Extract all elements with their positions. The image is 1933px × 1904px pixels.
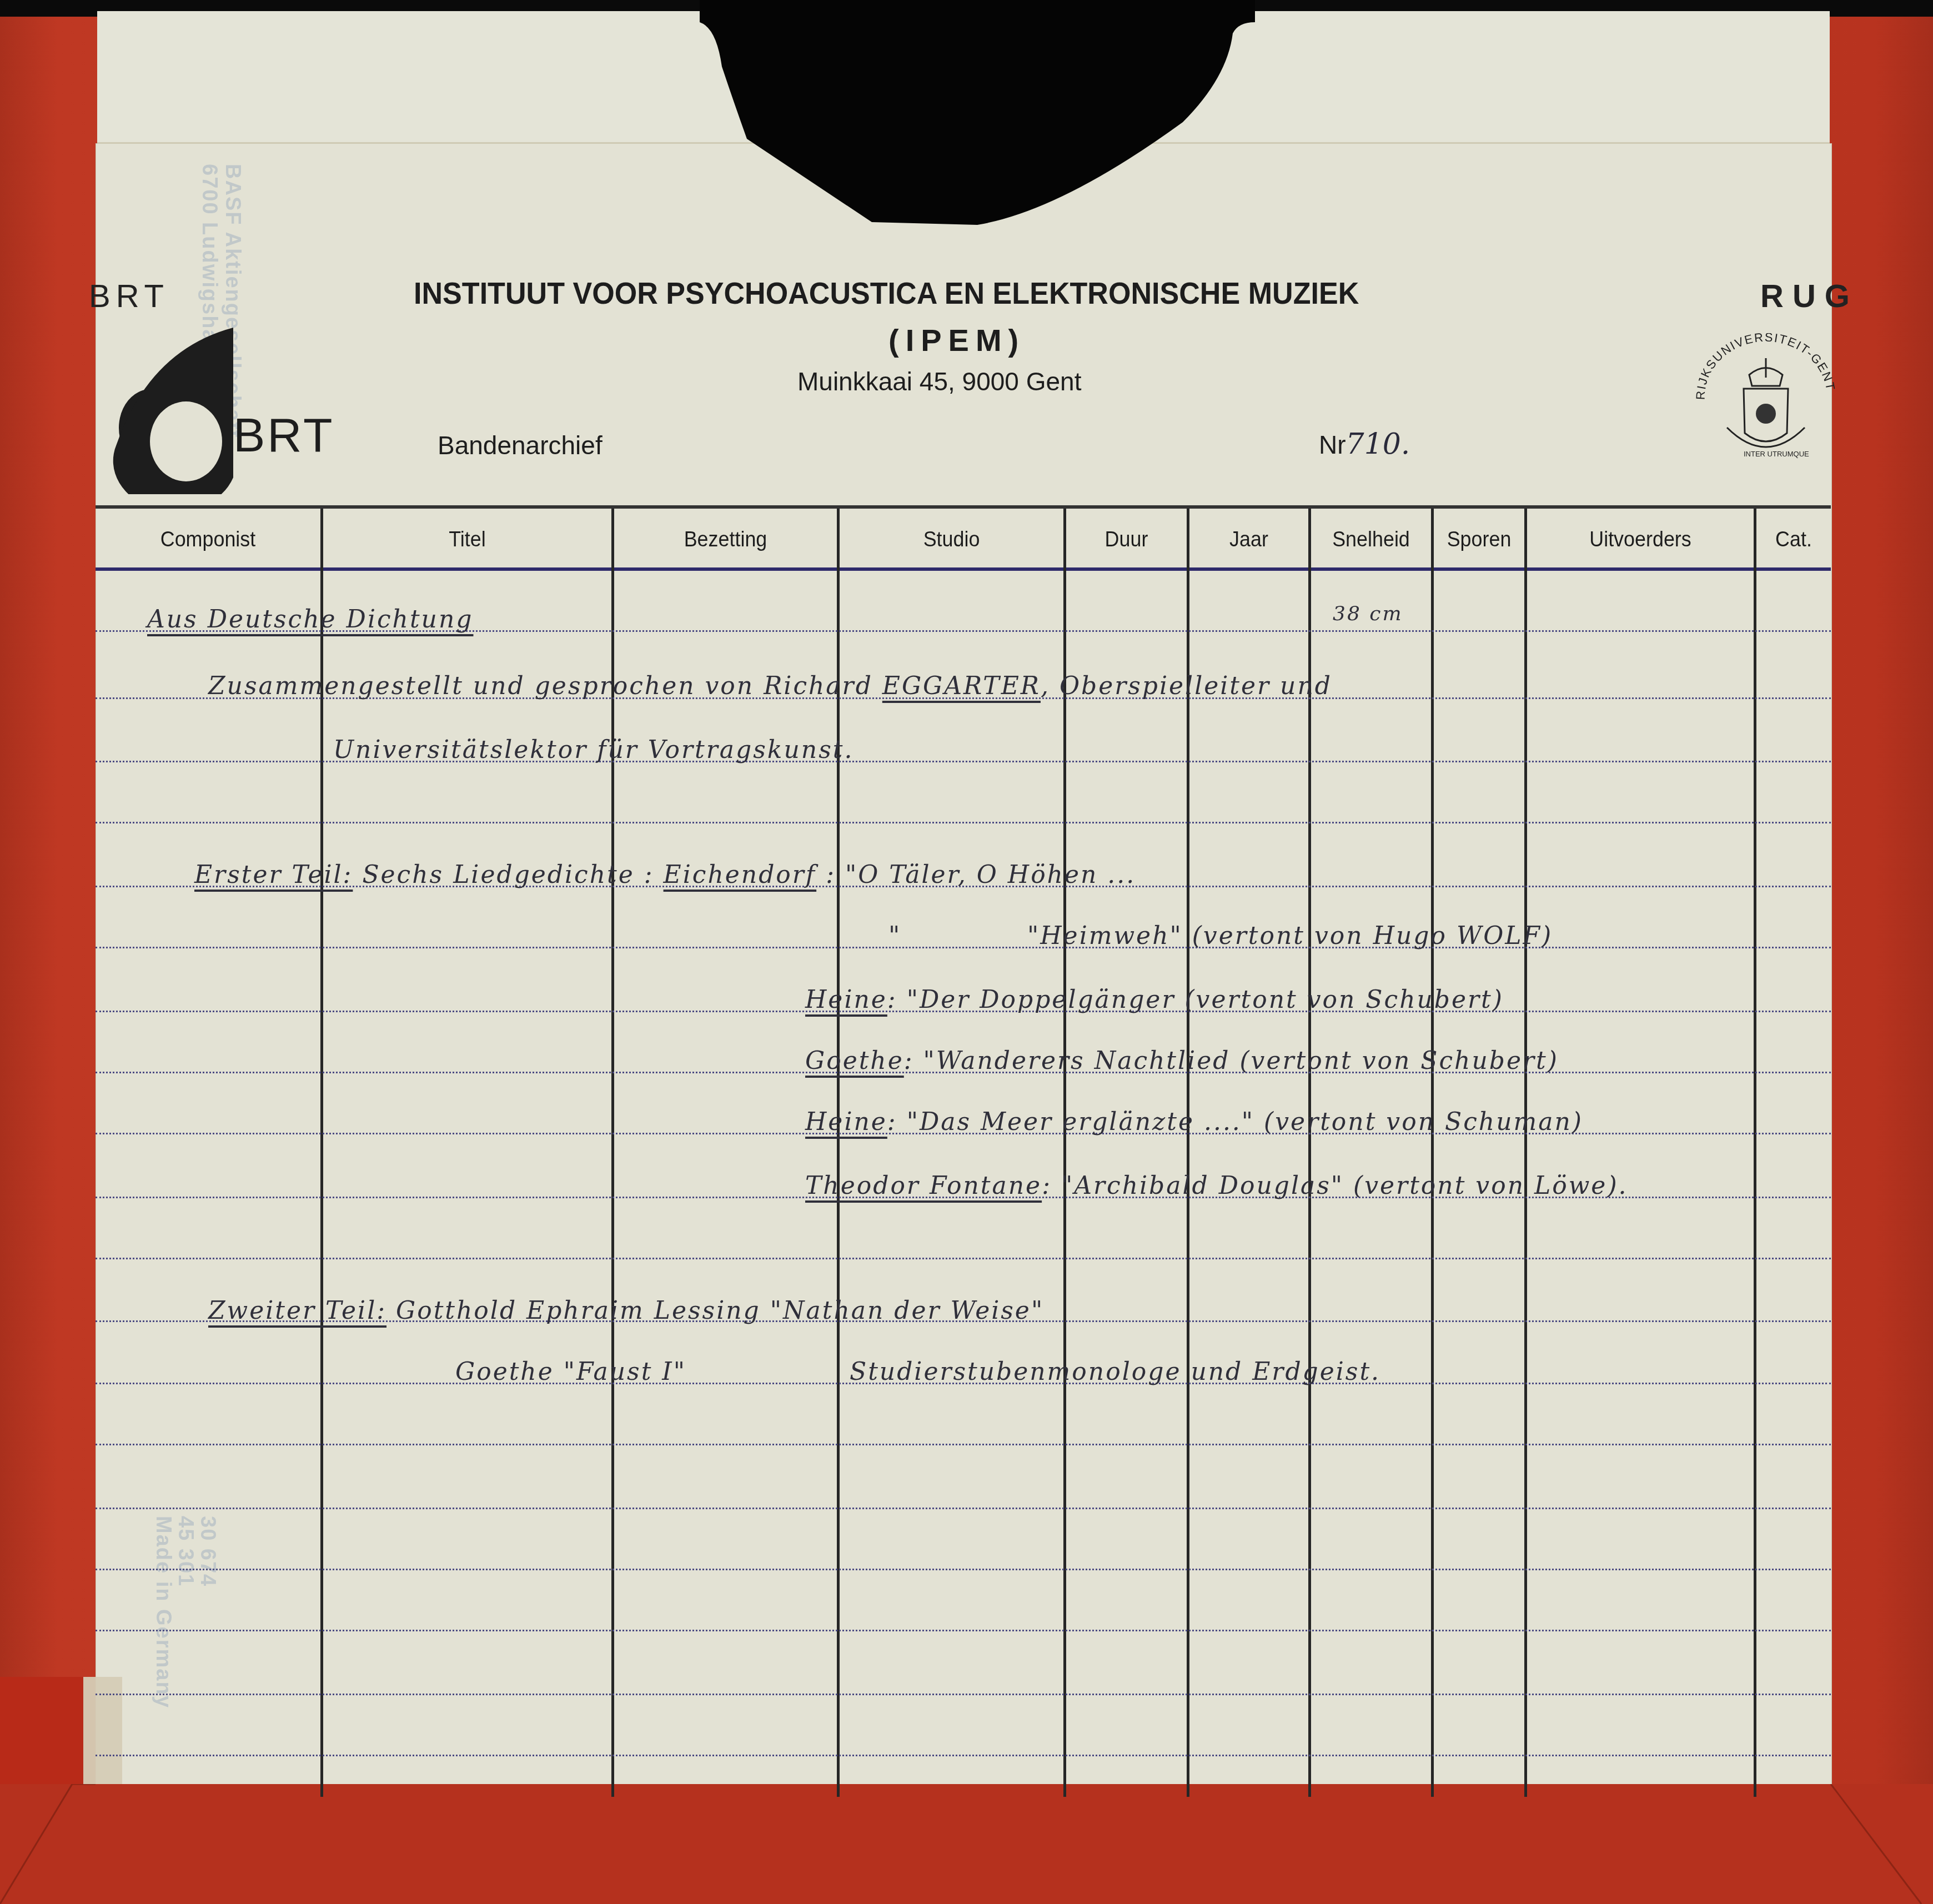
writing-line <box>96 1569 1831 1570</box>
poem-title: : "O Täler, O Höhen ... <box>826 861 1136 889</box>
column-divider <box>1431 509 1434 1797</box>
writing-line <box>96 1755 1831 1756</box>
writing-line <box>96 822 1831 823</box>
column-divider <box>611 509 614 1797</box>
archive-label: Bandenarchief <box>438 430 603 460</box>
column-divider <box>320 509 323 1797</box>
part-2-heading: Zweiter Teil: Gotthold Ephraim Lessing "… <box>208 1297 1044 1325</box>
part-1-description: Sechs Liedgedichte : <box>362 861 654 889</box>
column-header-sporen: Sporen <box>1438 528 1521 552</box>
tape-speed: 38 cm <box>1333 602 1403 625</box>
column-header-titel: Titel <box>335 528 600 552</box>
poem-line: Heine: "Das Meer erglänzte ...." (verton… <box>805 1108 1583 1136</box>
column-divider <box>1754 509 1756 1797</box>
poem-line: Heine: "Der Doppelgänger (vertont von Sc… <box>805 986 1504 1014</box>
poem-title: : "Wanderers Nachtlied (vertont von Schu… <box>904 1047 1559 1075</box>
column-header-cat: Cat. <box>1759 528 1827 552</box>
writing-line <box>96 947 1831 948</box>
poem-title: : "Der Doppelgänger (vertont von Schuber… <box>887 986 1504 1014</box>
institute-acronym: (IPEM) <box>888 322 1025 358</box>
sleeve-thumb-notch <box>700 0 1255 239</box>
writing-line <box>96 1508 1831 1509</box>
part-2-label: Zweiter Teil: <box>208 1297 386 1325</box>
part-2-work-2-detail: Studierstubenmonologe und Erdgeist. <box>850 1358 1380 1386</box>
tape-code-line3: Made in Germany <box>151 1516 175 1709</box>
institute-address: Muinkkaai 45, 9000 Gent <box>797 366 1081 396</box>
column-header-snelheid: Snelheid <box>1316 528 1427 552</box>
recording-title: Aus Deutsche Dichtung <box>147 605 473 634</box>
poem-author: Goethe <box>805 1047 904 1075</box>
writing-line <box>96 1694 1831 1695</box>
university-seal-icon: RIJKSUNIVERSITEIT-GENT INTER UTRUMQUE <box>1688 333 1844 472</box>
column-header-componist: Componist <box>104 528 312 552</box>
credits-role: , Oberspielleiter und <box>1041 672 1332 700</box>
brt-logo-text: BRT <box>233 408 334 463</box>
column-header-uitvoerders: Uitvoerders <box>1536 528 1744 552</box>
nr-value: 710. <box>1346 428 1410 461</box>
column-divider <box>837 509 840 1797</box>
tape-code-line2: 45 301 <box>173 1516 197 1587</box>
poem-title: : "Archibald Douglas" (vertont von Löwe)… <box>1042 1172 1628 1200</box>
column-divider <box>1308 509 1311 1797</box>
poem-author: Theodor Fontane <box>805 1172 1042 1200</box>
column-divider <box>1187 509 1189 1797</box>
poem-author: Heine <box>805 1108 887 1136</box>
credits-line-1: Zusammengestellt und gesprochen von Rich… <box>208 672 1332 700</box>
tape-code-line1: 30 674 <box>195 1516 219 1587</box>
credits-line-2: Universitätslektor für Vortragskunst. <box>333 736 853 764</box>
poem-title: : "Das Meer erglänzte ...." (vertont von… <box>887 1108 1583 1136</box>
part-1-label: Erster Teil: <box>194 861 353 889</box>
poem-line: Goethe: "Wanderers Nachtlied (vertont vo… <box>805 1047 1559 1075</box>
credits-text: Zusammengestellt und gesprochen von Rich… <box>208 672 873 700</box>
table-top-rule <box>96 505 1831 509</box>
writing-line <box>96 1444 1831 1445</box>
archive-number: Nr710. <box>1319 428 1410 461</box>
part-2-work: Gotthold Ephraim Lessing "Nathan der Wei… <box>396 1297 1044 1325</box>
brt-logo-icon <box>106 328 250 494</box>
table-header-rule <box>96 567 1831 571</box>
column-header-jaar: Jaar <box>1194 528 1304 552</box>
column-header-studio: Studio <box>848 528 1055 552</box>
poem-author: Heine <box>805 986 887 1014</box>
speaker-name: EGGARTER <box>882 672 1041 700</box>
column-header-duur: Duur <box>1071 528 1182 552</box>
institute-title: INSTITUUT VOOR PSYCHOACUSTICA EN ELEKTRO… <box>414 275 1359 311</box>
ditto-mark: " <box>888 922 901 950</box>
nr-label: Nr <box>1319 430 1346 459</box>
part-1-heading: Erster Teil: Sechs Liedgedichte : Eichen… <box>194 861 1136 889</box>
writing-line <box>96 1630 1831 1631</box>
part-2-work-2: Goethe "Faust I" <box>455 1358 686 1386</box>
writing-line <box>96 1258 1831 1259</box>
column-divider <box>1524 509 1527 1797</box>
bottom-binding <box>0 1784 1933 1904</box>
poem-author: Eichendorf <box>664 861 817 889</box>
poem-title: "Heimweh" (vertont von Hugo WOLF) <box>1027 922 1553 950</box>
svg-text:INTER UTRUMQUE: INTER UTRUMQUE <box>1744 450 1809 458</box>
brt-edge-label: BRT <box>89 278 169 315</box>
column-divider <box>1063 509 1066 1797</box>
rug-edge-label: RUG <box>1760 278 1859 315</box>
poem-line: Theodor Fontane: "Archibald Douglas" (ve… <box>805 1172 1628 1200</box>
column-header-bezetting: Bezetting <box>623 528 828 552</box>
